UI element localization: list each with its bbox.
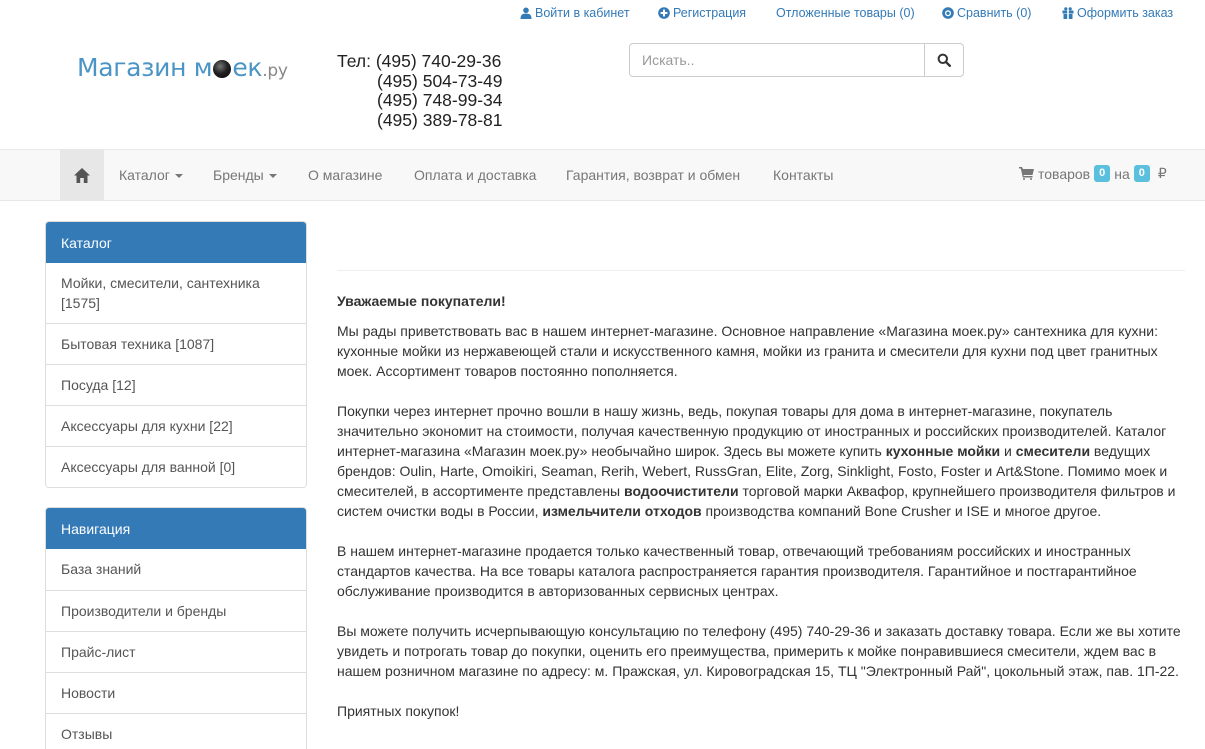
text: производства компаний Bone Crusher и ISE… — [702, 503, 1102, 519]
register-link-label: Регистрация — [673, 6, 746, 20]
navigation-item[interactable]: Новости — [46, 672, 306, 713]
login-link-label: Войти в кабинет — [535, 6, 630, 20]
phone-label: Тел: — [337, 51, 371, 71]
main-navbar: Каталог Бренды О магазине Оплата и доста… — [0, 149, 1205, 201]
welcome-heading: Уважаемые покупатели! — [337, 291, 1185, 311]
user-icon — [520, 7, 532, 19]
gift-icon — [1062, 7, 1074, 19]
phone-numbers: Тел: (495) 740-29-36 (495) 504-73-49 (49… — [337, 52, 503, 130]
checkout-link[interactable]: Оформить заказ — [1062, 6, 1173, 20]
cart-icon — [1019, 167, 1034, 180]
eye-icon — [942, 7, 954, 19]
catalog-item[interactable]: Бытовая техника [1087] — [46, 323, 306, 364]
plus-circle-icon — [658, 7, 670, 19]
closing-paragraph: Приятных покупок! — [337, 701, 1185, 721]
compare-link-label: Сравнить (0) — [957, 6, 1031, 20]
catalog-item[interactable]: Аксессуары для ванной [0] — [46, 446, 306, 487]
nav-contacts[interactable]: Контакты — [773, 167, 833, 183]
cart-summary[interactable]: товаров 0 на 0 ₽ — [1019, 165, 1167, 182]
bold-faucets: смесители — [1016, 443, 1090, 459]
welcome-paragraph: Мы рады приветствовать вас в нашем интер… — [337, 321, 1185, 381]
catalog-item[interactable]: Аксессуары для кухни [22] — [46, 405, 306, 446]
navigation-panel-title: Навигация — [46, 508, 306, 549]
login-link[interactable]: Войти в кабинет — [520, 6, 630, 20]
logo-text-end: ек — [232, 53, 262, 82]
navigation-item[interactable]: База знаний — [46, 549, 306, 590]
content-divider — [337, 270, 1185, 271]
nav-brands-label: Бренды — [213, 167, 264, 183]
nav-payment-delivery[interactable]: Оплата и доставка — [414, 167, 536, 183]
cart-on-label: на — [1114, 166, 1130, 182]
checkout-link-label: Оформить заказ — [1077, 6, 1173, 20]
caret-down-icon — [269, 174, 277, 178]
navigation-panel: Навигация База знаний Производители и бр… — [45, 507, 307, 749]
shopping-paragraph: Покупки через интернет прочно вошли в на… — [337, 401, 1185, 521]
phone-number: (495) 389-78-81 — [337, 111, 503, 131]
navigation-item[interactable]: Прайс-лист — [46, 631, 306, 672]
currency-symbol: ₽ — [1158, 165, 1167, 182]
catalog-panel-title: Каталог — [46, 222, 306, 263]
search-button[interactable] — [924, 43, 964, 77]
caret-down-icon — [175, 174, 183, 178]
cart-count-badge: 0 — [1094, 165, 1110, 182]
nav-home-button[interactable] — [60, 150, 104, 200]
logo-text: Магазин м — [77, 53, 212, 82]
text: и — [1000, 443, 1016, 459]
search-input[interactable] — [629, 43, 924, 77]
search-icon — [937, 53, 951, 67]
compare-link[interactable]: Сравнить (0) — [942, 6, 1031, 20]
nav-catalog[interactable]: Каталог — [119, 167, 183, 183]
nav-catalog-label: Каталог — [119, 167, 170, 183]
welcome-content: Уважаемые покупатели! Мы рады приветство… — [337, 291, 1185, 741]
consultation-paragraph: Вы можете получить исчерпывающую консуль… — [337, 621, 1185, 681]
wishlist-link-label: Отложенные товары (0) — [776, 6, 915, 20]
nav-brands[interactable]: Бренды — [213, 167, 277, 183]
cart-sum-badge: 0 — [1134, 165, 1150, 182]
bold-water-purifiers: водоочистители — [624, 483, 739, 499]
logo-ball-icon — [213, 60, 231, 78]
wishlist-link[interactable]: Отложенные товары (0) — [776, 6, 915, 20]
nav-warranty[interactable]: Гарантия, возврат и обмен — [566, 167, 740, 183]
quality-paragraph: В нашем интернет-магазине продается толь… — [337, 541, 1185, 601]
site-logo[interactable]: Магазин мек.ру — [77, 53, 288, 82]
logo-suffix: .ру — [262, 61, 287, 81]
bold-kitchen-sinks: кухонные мойки — [886, 443, 1000, 459]
phone-number: (495) 504-73-49 — [337, 72, 503, 92]
catalog-panel: Каталог Мойки, смесители, сантехника [15… — [45, 221, 307, 488]
catalog-item[interactable]: Мойки, смесители, сантехника [1575] — [46, 263, 306, 323]
navigation-item[interactable]: Производители и бренды — [46, 590, 306, 631]
cart-items-label: товаров — [1038, 166, 1090, 182]
home-icon — [74, 168, 90, 183]
catalog-item[interactable]: Посуда [12] — [46, 364, 306, 405]
phone-number: (495) 740-29-36 — [376, 51, 502, 71]
nav-about[interactable]: О магазине — [308, 167, 382, 183]
register-link[interactable]: Регистрация — [658, 6, 746, 20]
bold-disposers: измельчители отходов — [542, 503, 701, 519]
navigation-item[interactable]: Отзывы — [46, 713, 306, 749]
phone-number: (495) 748-99-34 — [337, 91, 503, 111]
search-form — [629, 43, 964, 77]
